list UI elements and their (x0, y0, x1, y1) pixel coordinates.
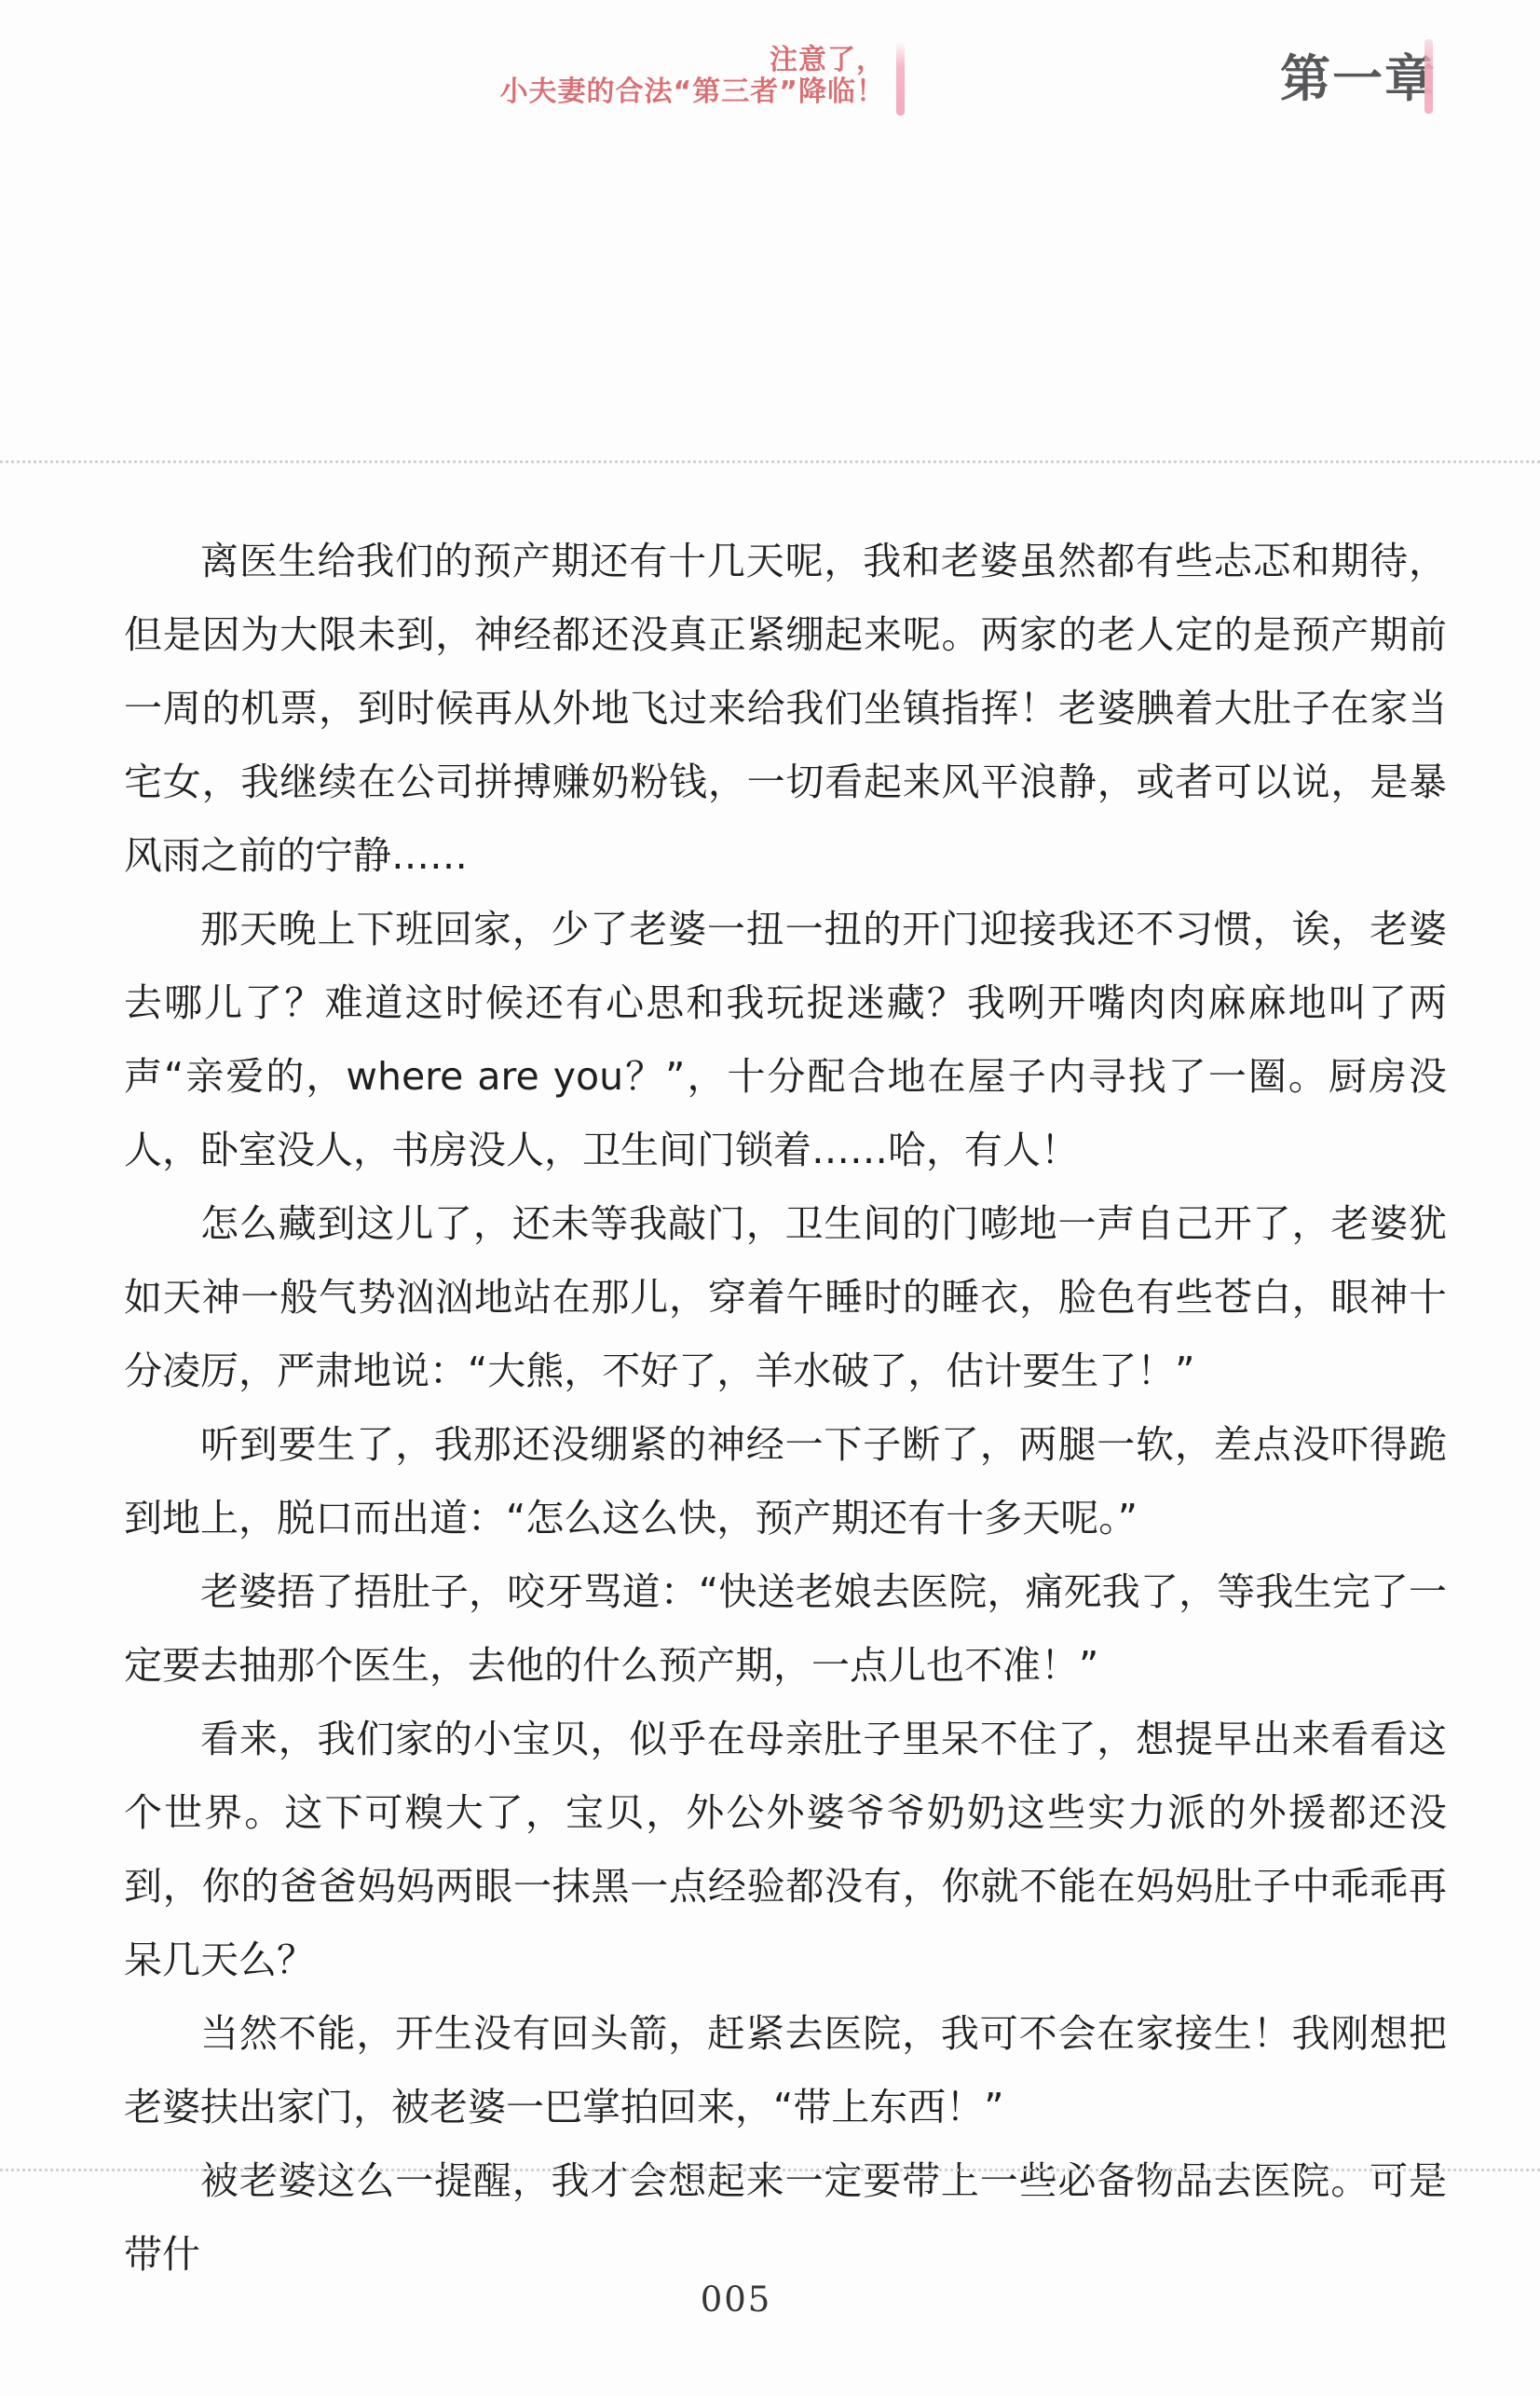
paragraph: 听到要生了，我那还没绷紧的神经一下子断了，两腿一软，差点没吓得跪到地上，脱口而出… (124, 1408, 1447, 1555)
page-number: 005 (0, 2280, 1472, 2320)
paragraph: 怎么藏到这儿了，还未等我敲门，卫生间的门嘭地一声自己开了，老婆犹如天神一般气势汹… (124, 1187, 1447, 1408)
paragraph: 老婆捂了捂肚子，咬牙骂道：“快送老娘去医院，痛死我了，等我生完了一定要去抽那个医… (124, 1555, 1447, 1703)
paragraph: 看来，我们家的小宝贝，似乎在母亲肚子里呆不住了，想提早出来看看这个世界。这下可糗… (124, 1703, 1447, 1997)
paragraph: 当然不能，开生没有回头箭，赶紧去医院，我可不会在家接生！我刚想把老婆扶出家门，被… (124, 1997, 1447, 2144)
chapter-heading: 第一章 (1280, 39, 1437, 111)
running-title-line2: 小夫妻的合法“第三者”降临！ (500, 76, 885, 108)
running-title-divider (896, 41, 905, 116)
body-text: 离医生给我们的预产期还有十几天呢，我和老婆虽然都有些忐忑和期待，但是因为大限未到… (124, 525, 1447, 2292)
bottom-dashed-rule (0, 2169, 1540, 2171)
top-dashed-rule (0, 460, 1540, 463)
paragraph: 被老婆这么一提醒，我才会想起来一定要带上一些必备物品去医院。可是带什 (124, 2144, 1447, 2292)
running-title-line1: 注意了， (500, 45, 885, 76)
chapter-divider (1424, 39, 1433, 114)
running-title: 注意了， 小夫妻的合法“第三者”降临！ (500, 45, 885, 108)
book-page: 注意了， 小夫妻的合法“第三者”降临！ 第一章 离医生给我们的预产期还有十几天呢… (0, 0, 1540, 2396)
paragraph: 离医生给我们的预产期还有十几天呢，我和老婆虽然都有些忐忑和期待，但是因为大限未到… (124, 525, 1447, 893)
paragraph: 那天晚上下班回家，少了老婆一扭一扭的开门迎接我还不习惯，诶，老婆去哪儿了？难道这… (124, 893, 1447, 1187)
